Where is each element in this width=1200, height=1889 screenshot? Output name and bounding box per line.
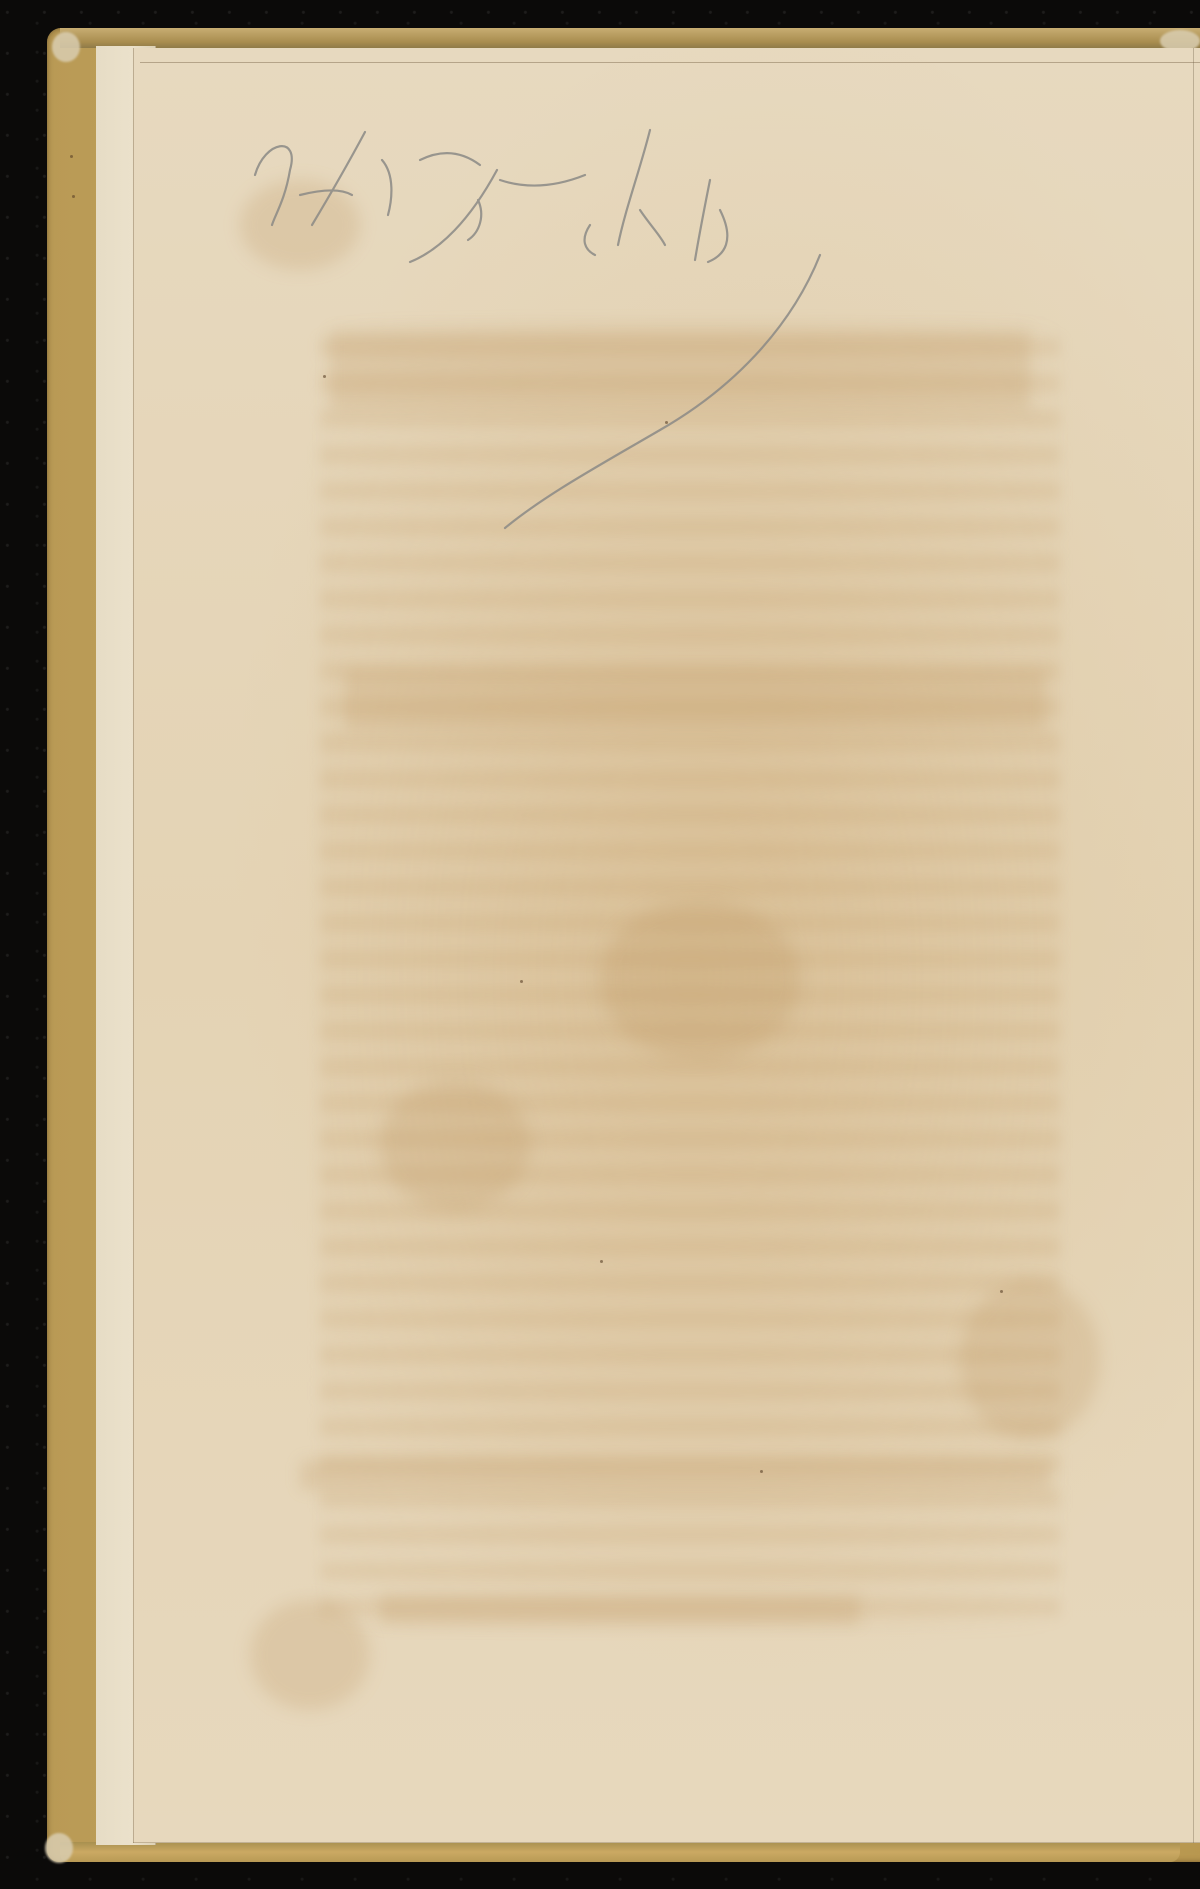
page-right-edge bbox=[1193, 48, 1194, 1843]
paper-fleck bbox=[1000, 1290, 1003, 1293]
show-through-rule bbox=[300, 1460, 1050, 1490]
paper-fleck bbox=[600, 1260, 603, 1263]
show-through-title-line bbox=[330, 330, 1030, 410]
foxing-stain bbox=[380, 1080, 530, 1210]
show-through-line bbox=[345, 670, 1045, 730]
board-fleck bbox=[72, 195, 75, 198]
foxing-stain bbox=[960, 1280, 1100, 1440]
paper-fleck bbox=[323, 375, 326, 378]
paper-fleck bbox=[760, 1470, 763, 1473]
pencil-inscription-text: illegible pencil inscription bbox=[250, 130, 263, 131]
board-fleck bbox=[70, 155, 73, 158]
board-bottom-edge bbox=[60, 1842, 1180, 1862]
board-top-edge bbox=[60, 28, 1200, 48]
corner-wear-bottom-left bbox=[45, 1833, 73, 1863]
paper-fleck bbox=[665, 421, 668, 424]
paper-fleck bbox=[520, 980, 523, 983]
foxing-stain bbox=[250, 1600, 370, 1710]
page-top-crease bbox=[140, 62, 1200, 63]
corner-wear-top-left bbox=[52, 32, 80, 62]
foxing-stain bbox=[240, 180, 360, 270]
show-through-imprint bbox=[380, 1595, 860, 1625]
foxing-stain bbox=[600, 900, 800, 1060]
